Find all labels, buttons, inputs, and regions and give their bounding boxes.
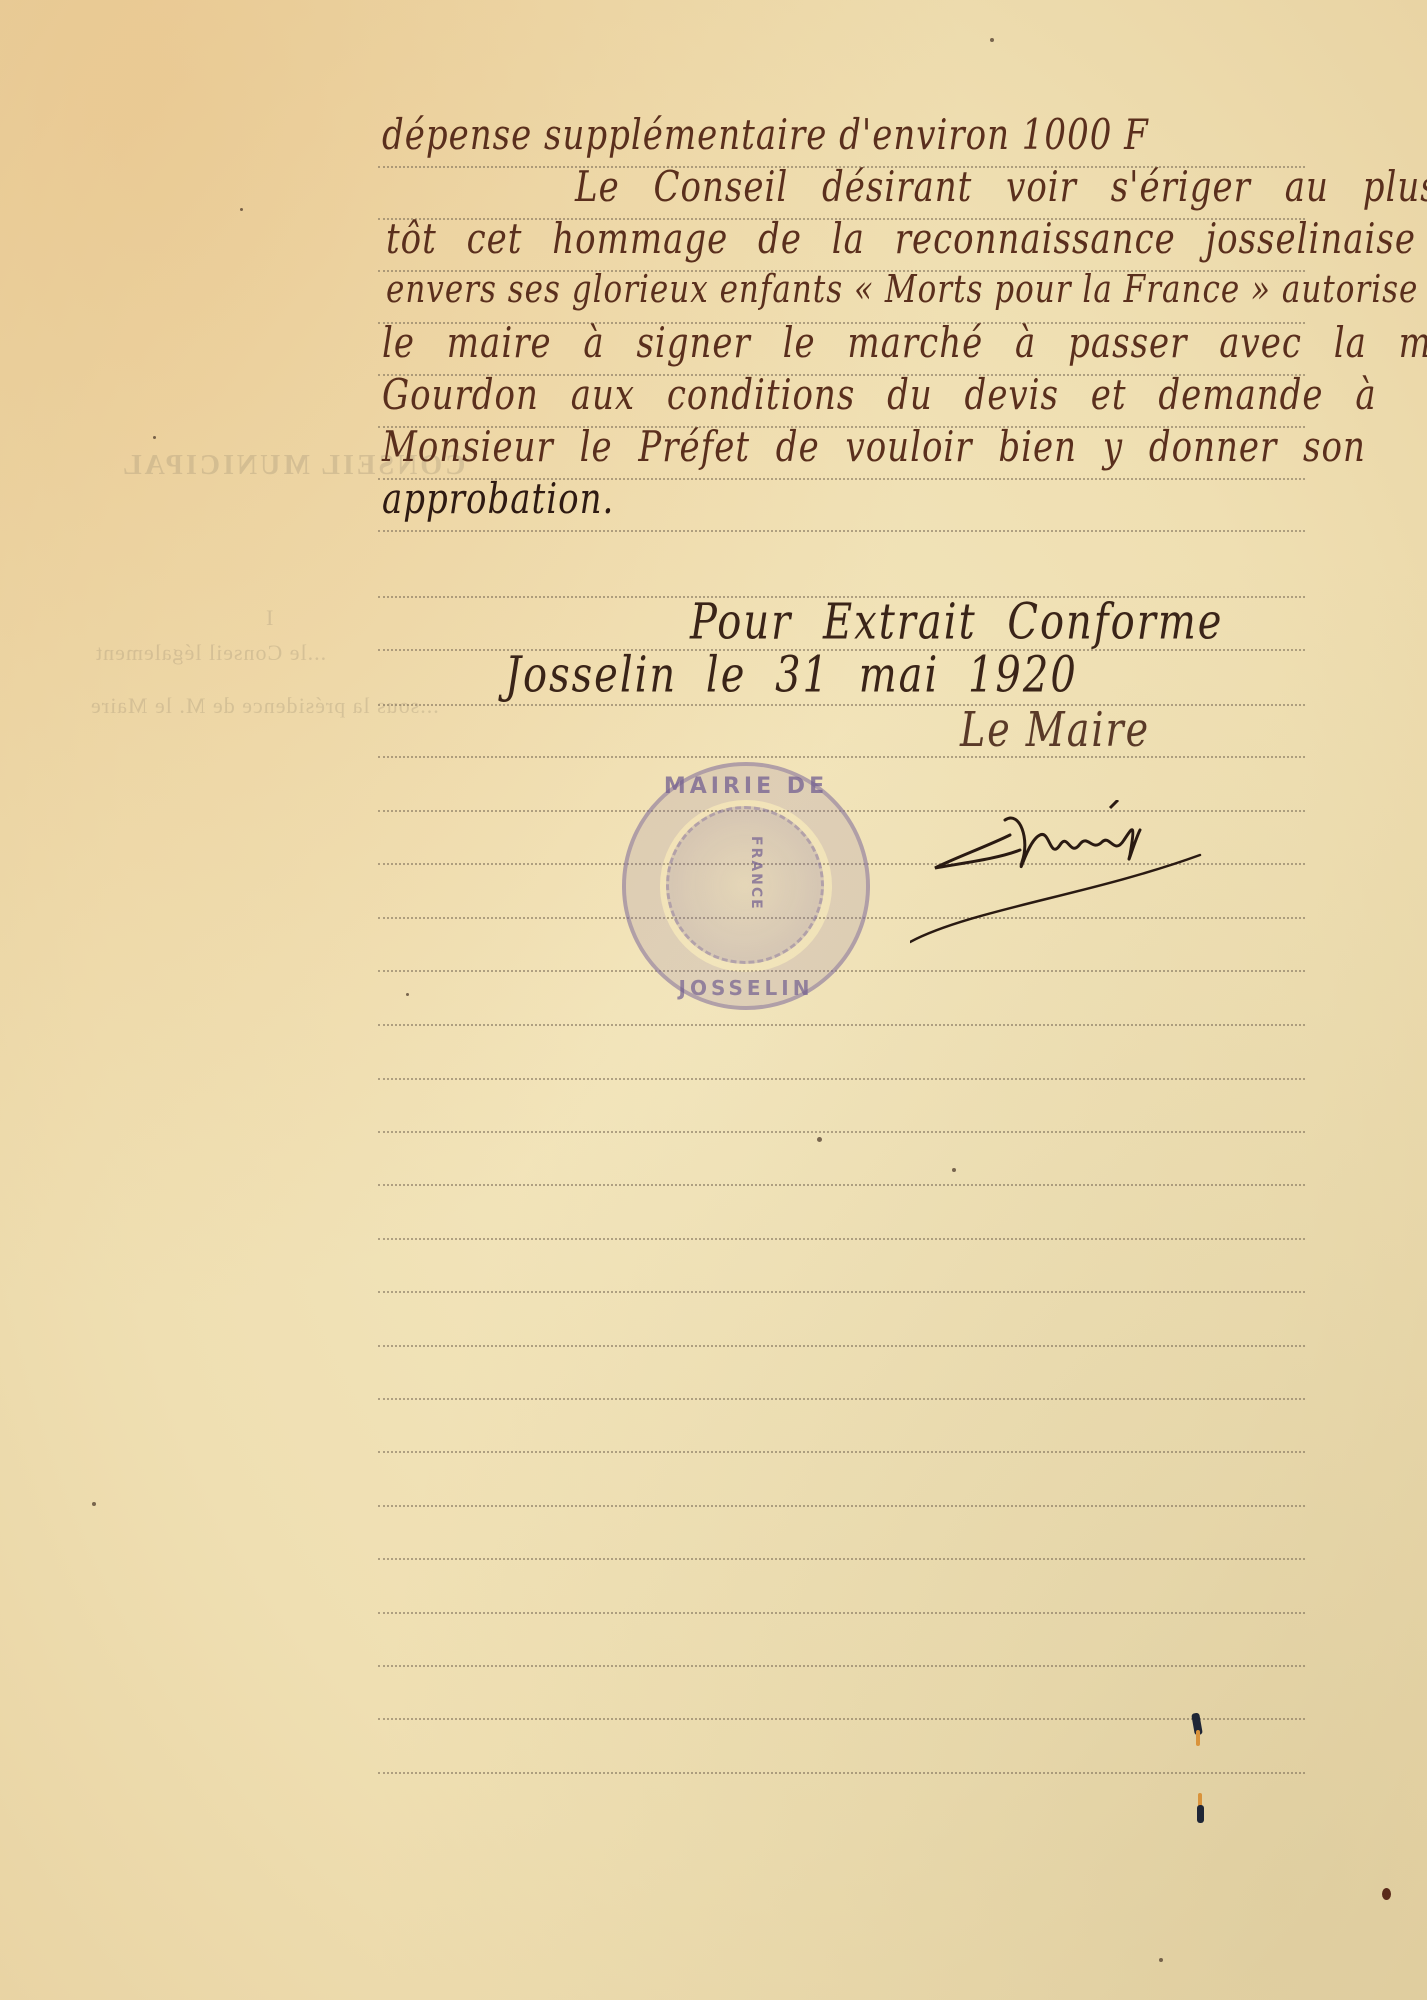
stamp-bottom-text: JOSSELIN xyxy=(626,976,866,1000)
ruled-line xyxy=(378,1078,1305,1080)
body-line-8: approbation. xyxy=(382,474,614,524)
ruled-line xyxy=(378,970,1305,972)
ruled-line xyxy=(378,1345,1305,1347)
speck xyxy=(240,208,243,211)
speck xyxy=(153,436,156,439)
body-line-5: le maire à signer le marché à passer ave… xyxy=(382,318,1427,368)
body-line-1: dépense supplémentaire d'environ 1000 F xyxy=(382,110,1149,160)
mairie-stamp: MAIRIE DE FRANCE JOSSELIN xyxy=(622,762,870,1010)
body-line-7: Monsieur le Préfet de vouloir bien y don… xyxy=(382,422,1366,472)
ruled-line xyxy=(378,530,1305,532)
place-date: Josselin le 31 mai 1920 xyxy=(505,647,1078,705)
speck xyxy=(1159,1958,1163,1962)
ruled-line xyxy=(378,1612,1305,1614)
speck xyxy=(92,1502,96,1506)
certification-text: Pour Extrait Conforme xyxy=(690,594,1223,652)
speck xyxy=(952,1168,956,1172)
ruled-line xyxy=(378,1291,1305,1293)
ruled-line xyxy=(378,1024,1305,1026)
ruled-line xyxy=(378,1665,1305,1667)
speck xyxy=(406,993,409,996)
document-page: CONSEIL MUNICIPAL I ...le Conseil légale… xyxy=(0,0,1427,2000)
body-line-2: Le Conseil désirant voir s'ériger au plu… xyxy=(575,162,1427,212)
ruled-line xyxy=(378,1398,1305,1400)
speck xyxy=(990,38,994,42)
ruled-line xyxy=(378,1505,1305,1507)
ink-spot xyxy=(1382,1888,1391,1900)
ruled-line xyxy=(378,704,1305,706)
ruled-line xyxy=(378,1772,1305,1774)
ruled-line xyxy=(378,1718,1305,1720)
ruled-line xyxy=(378,1558,1305,1560)
paper-tear-edge xyxy=(1196,1730,1200,1746)
mayor-signature xyxy=(910,800,1230,950)
show-through-line: ...le Conseil légalement xyxy=(95,640,326,666)
signatory-title: Le Maire xyxy=(960,702,1150,757)
body-line-3: tôt cet hommage de la reconnaissance jos… xyxy=(386,214,1416,264)
ruled-line xyxy=(378,1451,1305,1453)
speck xyxy=(817,1137,822,1142)
ruled-line xyxy=(378,1184,1305,1186)
ruled-line xyxy=(378,756,1305,758)
ruled-line xyxy=(378,1238,1305,1240)
stamp-top-text: MAIRIE DE xyxy=(626,774,866,799)
paper-tear xyxy=(1197,1805,1204,1823)
body-line-4: envers ses glorieux enfants « Morts pour… xyxy=(386,267,1418,312)
ruled-line xyxy=(378,1131,1305,1133)
body-line-6: Gourdon aux conditions du devis et deman… xyxy=(382,370,1377,420)
stamp-center-text: FRANCE xyxy=(724,836,764,911)
show-through-numeral: I xyxy=(265,605,273,631)
show-through-line: ...sous la présidence de M. le Maire xyxy=(90,693,439,719)
